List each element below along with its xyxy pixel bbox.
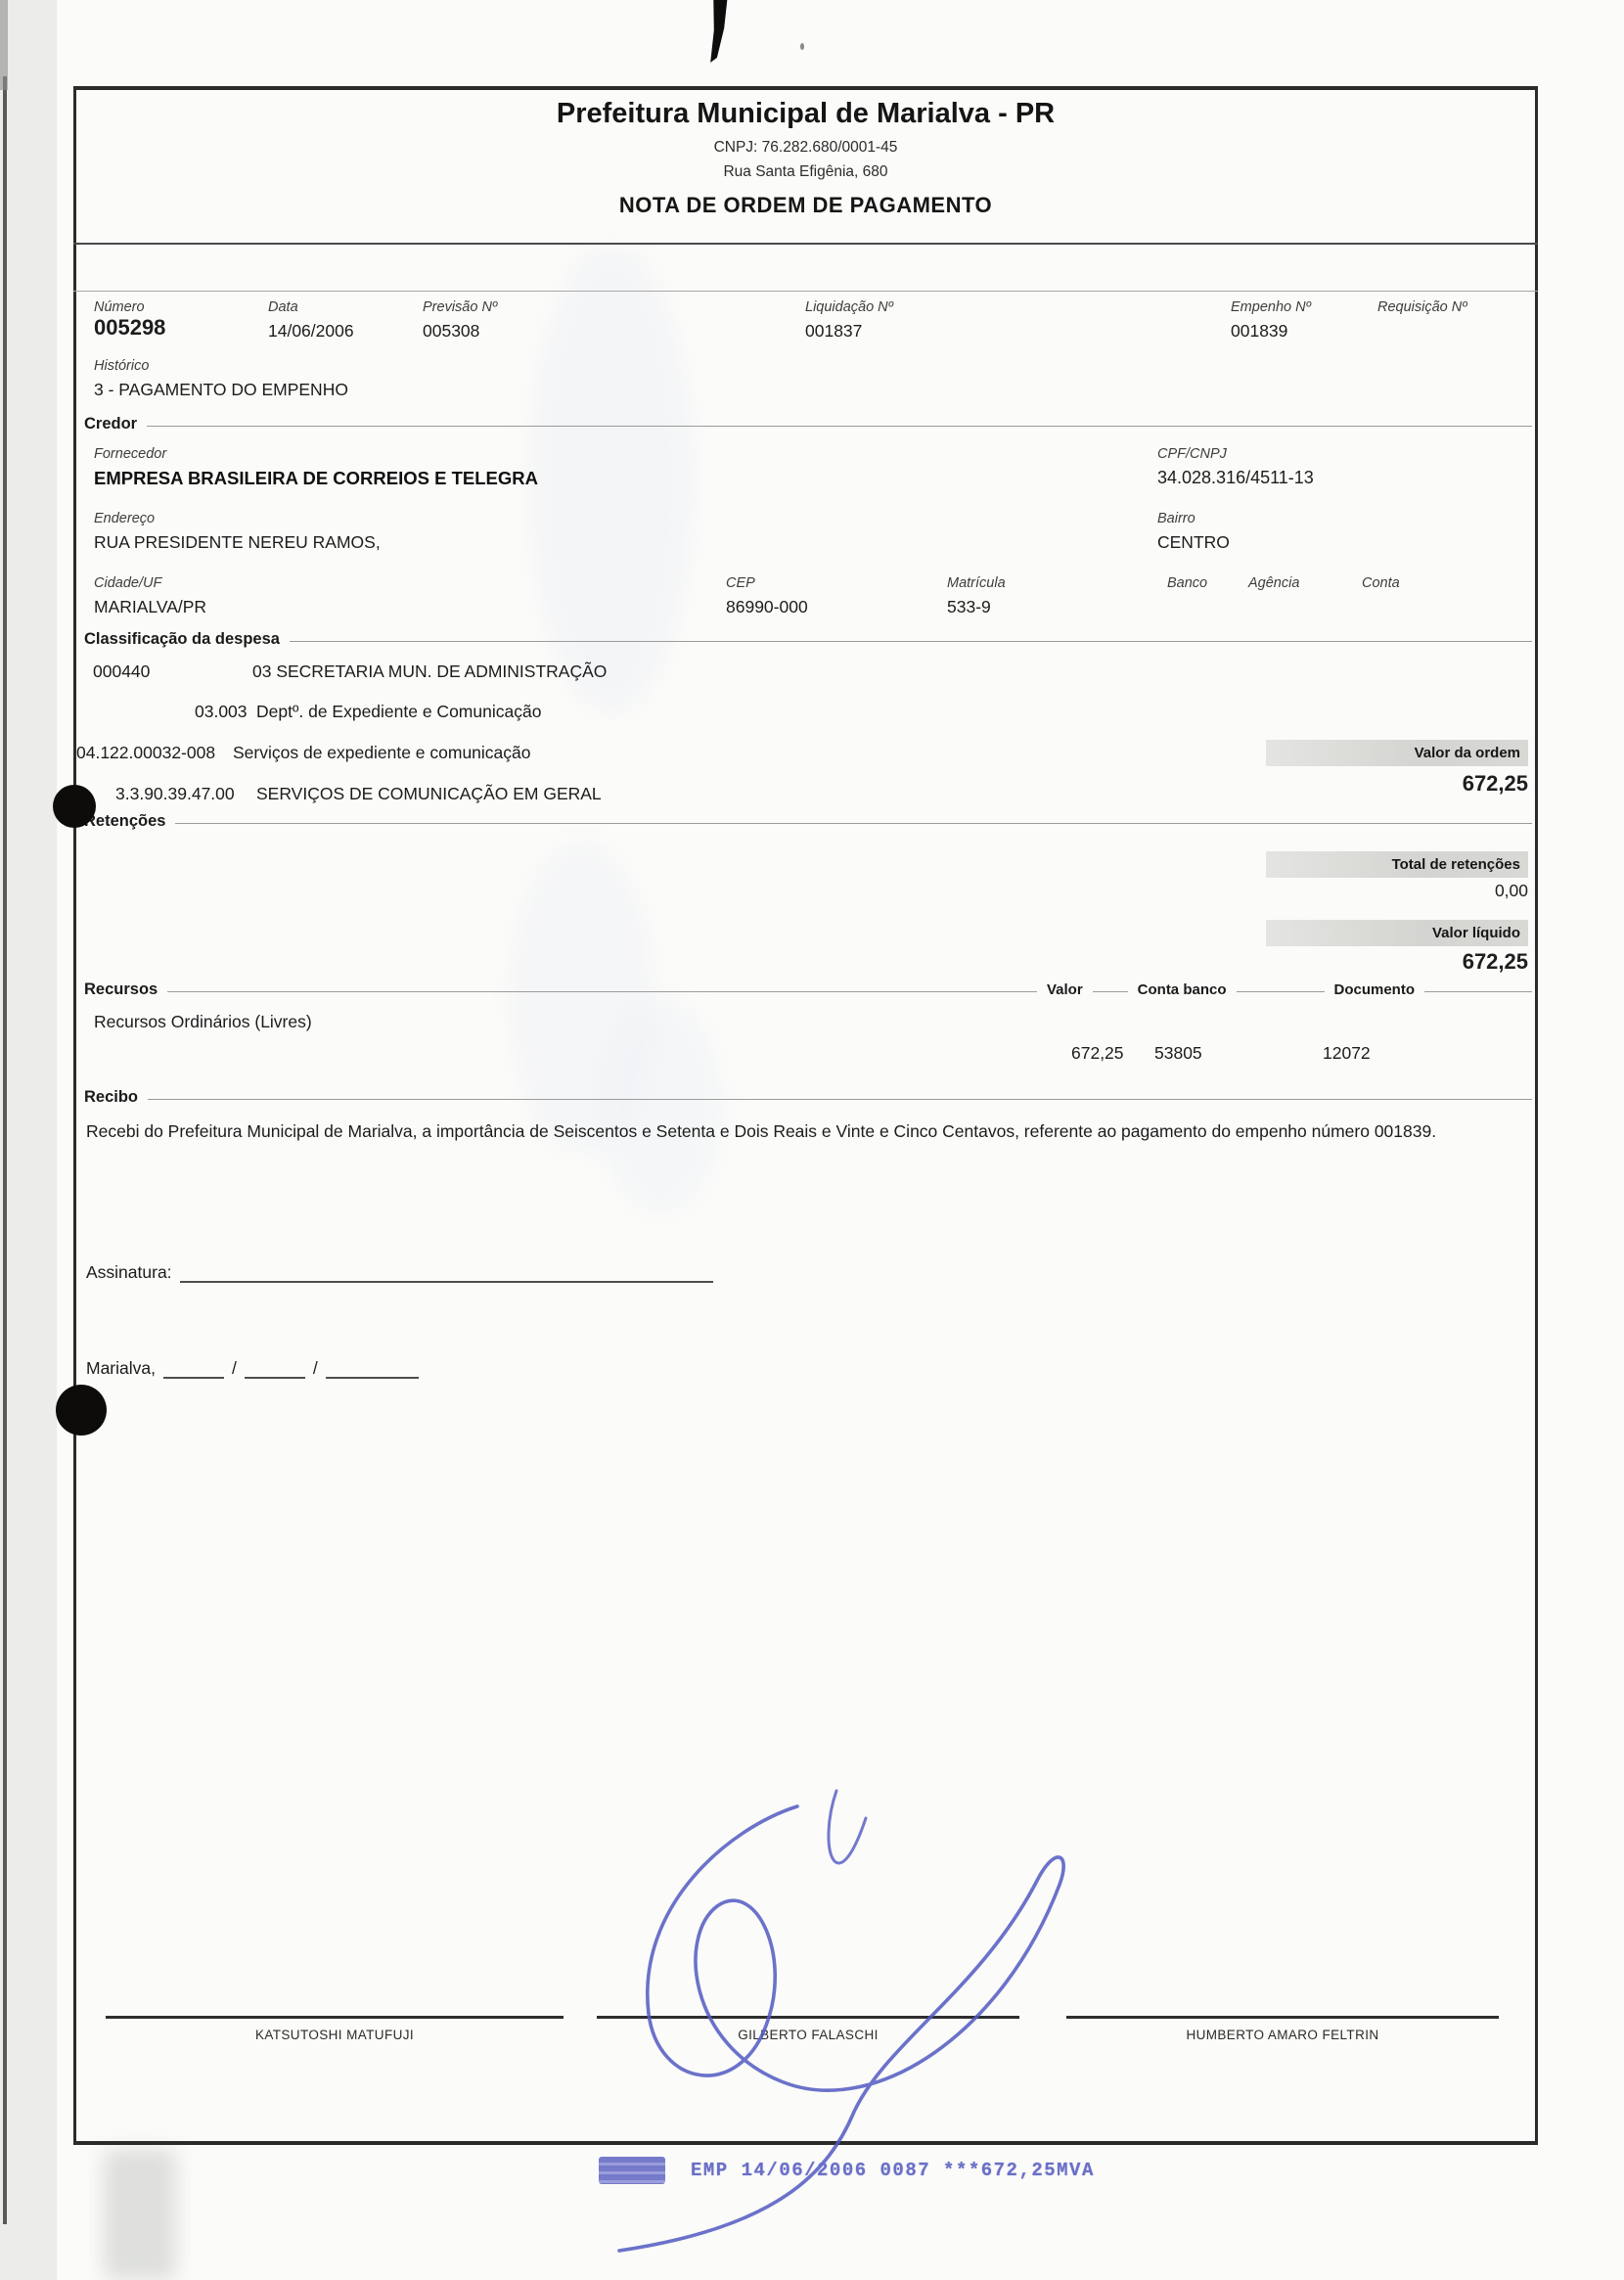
classificacao-row-code: 3.3.90.39.47.00 <box>115 784 235 804</box>
signatory-name: HUMBERTO AMARO FELTRIN <box>1066 2028 1499 2042</box>
org-address: Rua Santa Efigênia, 680 <box>73 163 1538 181</box>
classificacao-section-label: Classificação da despesa <box>84 630 280 649</box>
historico-value: 3 - PAGAMENTO DO EMPENHO <box>94 380 348 400</box>
cpfcnpj-label: CPF/CNPJ <box>1157 446 1227 462</box>
local-label: Marialva, <box>86 1358 156 1379</box>
local-data-row: Marialva, / / <box>86 1358 419 1379</box>
total-retencoes-value: 0,00 <box>1495 881 1528 901</box>
scan-left-top-shadow <box>0 0 8 90</box>
recursos-rule <box>1424 991 1532 992</box>
date-blank-year <box>326 1360 419 1379</box>
historico-label: Histórico <box>94 358 149 374</box>
previsao-label: Previsão Nº <box>423 299 497 315</box>
cidadeuf-label: Cidade/UF <box>94 575 161 591</box>
signature-rule <box>1066 2016 1499 2019</box>
recursos-conta-banco-label: Conta banco <box>1138 981 1227 998</box>
classificacao-section-header: Classificação da despesa <box>84 630 1532 649</box>
recursos-documento-label: Documento <box>1334 981 1416 998</box>
header-divider <box>73 243 1538 245</box>
date-slash: / <box>232 1358 237 1379</box>
ink-mark <box>706 0 732 63</box>
stamp-logo-block <box>599 2157 665 2184</box>
valor-liquido-label: Valor líquido <box>1432 925 1520 941</box>
numero-label: Número <box>94 299 145 315</box>
ink-speck <box>800 43 804 50</box>
retencoes-section-header: Retenções <box>84 812 1532 831</box>
signature-rule <box>106 2016 564 2019</box>
recibo-text: Recebi do Prefeitura Municipal de Marial… <box>86 1117 1532 1146</box>
cep-label: CEP <box>726 575 755 591</box>
recibo-section-rule <box>148 1099 1532 1100</box>
date-slash: / <box>313 1358 318 1379</box>
cpfcnpj-value: 34.028.316/4511-13 <box>1157 468 1314 488</box>
assinatura-row: Assinatura: <box>86 1262 713 1283</box>
fornecedor-label: Fornecedor <box>94 446 166 462</box>
recursos-nome: Recursos Ordinários (Livres) <box>94 1012 312 1032</box>
classificacao-row-code: 000440 <box>93 661 150 682</box>
credor-section-rule <box>147 426 1532 427</box>
recursos-documento-value: 12072 <box>1323 1043 1371 1064</box>
valor-ordem-bar: Valor da ordem <box>1266 740 1528 766</box>
scan-left-edge-band <box>0 0 57 2280</box>
empenho-label: Empenho Nº <box>1231 299 1311 315</box>
recibo-section-label: Recibo <box>84 1088 138 1107</box>
valor-liquido-bar: Valor líquido <box>1266 920 1528 946</box>
retencoes-section-label: Retenções <box>84 812 165 831</box>
scan-left-edge-shadow <box>3 76 7 2224</box>
liquidacao-value: 001837 <box>805 321 862 342</box>
cep-value: 86990-000 <box>726 597 808 617</box>
org-cnpj: CNPJ: 76.282.680/0001-45 <box>73 139 1538 157</box>
assinatura-label: Assinatura: <box>86 1262 172 1283</box>
recursos-rule <box>1237 991 1325 992</box>
classificacao-row-desc: Deptº. de Expediente e Comunicação <box>256 702 541 722</box>
recursos-conta-banco-value: 53805 <box>1154 1043 1202 1064</box>
valor-liquido-value: 672,25 <box>1463 949 1528 975</box>
scan-smudge-bottom-left <box>104 2149 176 2280</box>
previsao-value: 005308 <box>423 321 479 342</box>
classificacao-row-desc: SERVIÇOS DE COMUNICAÇÃO EM GERAL <box>256 784 602 804</box>
classificacao-row-desc: Serviços de expediente e comunicação <box>233 743 531 763</box>
cidadeuf-value: MARIALVA/PR <box>94 597 206 617</box>
credor-section-label: Credor <box>84 415 137 433</box>
recursos-section-rule <box>167 991 1037 992</box>
agencia-label: Agência <box>1248 575 1299 591</box>
stamp-text: EMP 14/06/2006 0087 ***672,25MVA <box>691 2160 1095 2181</box>
meta-divider <box>73 291 1538 292</box>
recursos-section-header: Recursos Valor Conta banco Documento <box>84 980 1532 999</box>
endereco-label: Endereço <box>94 511 155 526</box>
recursos-valor-label: Valor <box>1047 981 1083 998</box>
bairro-label: Bairro <box>1157 511 1195 526</box>
bank-stamp: EMP 14/06/2006 0087 ***672,25MVA <box>599 2157 1095 2184</box>
scanned-payment-order-document: Prefeitura Municipal de Marialva - PR CN… <box>0 0 1624 2280</box>
classificacao-row-code: 03.003 <box>195 702 248 722</box>
recibo-section-header: Recibo <box>84 1088 1532 1107</box>
signature-scribble <box>543 1789 1101 2268</box>
credor-section-header: Credor <box>84 415 1532 433</box>
total-retencoes-label: Total de retenções <box>1392 856 1520 873</box>
requisicao-label: Requisição Nº <box>1377 299 1467 315</box>
hole-punch-mark <box>53 785 96 828</box>
org-name: Prefeitura Municipal de Marialva - PR <box>73 98 1538 130</box>
signatory-name: KATSUTOSHI MATUFUJI <box>106 2028 564 2042</box>
classificacao-section-rule <box>290 641 1532 642</box>
data-label: Data <box>268 299 298 315</box>
recursos-rule <box>1093 991 1128 992</box>
classificacao-row-code: 04.122.00032-008 <box>76 743 215 763</box>
conta-label: Conta <box>1362 575 1400 591</box>
date-blank-day <box>163 1360 224 1379</box>
empenho-value: 001839 <box>1231 321 1287 342</box>
liquidacao-label: Liquidação Nº <box>805 299 893 315</box>
valor-ordem-value: 672,25 <box>1463 771 1528 797</box>
endereco-value: RUA PRESIDENTE NEREU RAMOS, <box>94 532 381 553</box>
fornecedor-value: EMPRESA BRASILEIRA DE CORREIOS E TELEGRA <box>94 468 538 489</box>
total-retencoes-bar: Total de retenções <box>1266 851 1528 878</box>
classificacao-row-desc: 03 SECRETARIA MUN. DE ADMINISTRAÇÃO <box>252 661 607 682</box>
data-value: 14/06/2006 <box>268 321 354 342</box>
bairro-value: CENTRO <box>1157 532 1230 553</box>
banco-label: Banco <box>1167 575 1207 591</box>
hole-punch-mark <box>56 1385 107 1436</box>
assinatura-blank-line <box>180 1264 713 1283</box>
retencoes-section-rule <box>175 823 1532 824</box>
date-blank-month <box>245 1360 305 1379</box>
numero-value: 005298 <box>94 315 165 341</box>
document-title: NOTA DE ORDEM DE PAGAMENTO <box>73 193 1538 218</box>
recursos-section-label: Recursos <box>84 980 158 999</box>
recursos-valor-value: 672,25 <box>1071 1043 1124 1064</box>
matricula-label: Matrícula <box>947 575 1006 591</box>
matricula-value: 533-9 <box>947 597 991 617</box>
valor-ordem-label: Valor da ordem <box>1415 745 1520 761</box>
